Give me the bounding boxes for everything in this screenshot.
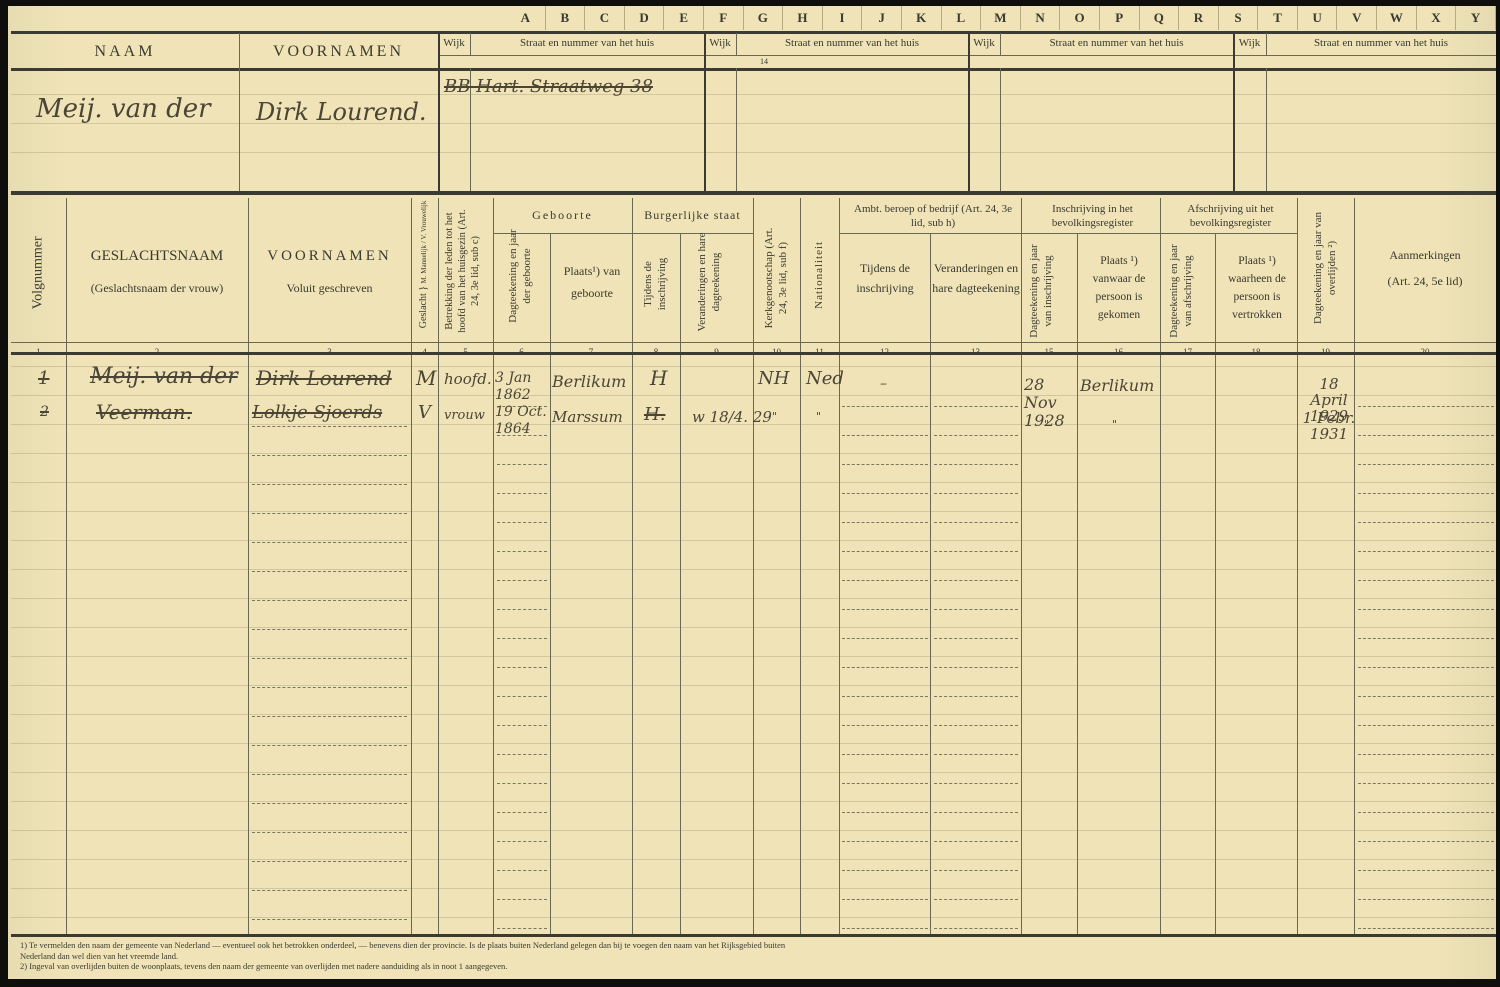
alphabet-tab-y: Y xyxy=(1456,6,1496,30)
row2-inschrijving-datum: " xyxy=(1044,418,1049,431)
afschrijving-plaats-header: Plaats ¹) waarheen de persoon is vertrok… xyxy=(1218,252,1296,324)
row2-betrekking: vrouw xyxy=(444,408,485,423)
alphabet-tab-d: D xyxy=(625,6,665,30)
voornamen-table-header: VOORNAMEN xyxy=(248,247,411,267)
alphabet-tab-b: B xyxy=(546,6,586,30)
alphabet-tab-g: G xyxy=(744,6,784,30)
colnum-18: 18 xyxy=(1215,347,1297,357)
colnum-4: 4 xyxy=(411,347,438,357)
geslachtsnaam-header: GESLACHTSNAAM xyxy=(66,247,248,267)
row2-geslacht: V xyxy=(418,402,431,423)
row1-inschrijving-datum: 28 Nov 1928 xyxy=(1024,376,1080,430)
alphabet-tab-k: K xyxy=(902,6,942,30)
alphabet-tab-m: M xyxy=(981,6,1021,30)
colnum-11: 11 xyxy=(800,347,839,357)
burgerlijke-veranderingen-header: Veranderingen en hare dagteekening xyxy=(696,232,736,332)
colnum-8: 8 xyxy=(632,347,680,357)
colnum-15: 15 xyxy=(1021,347,1077,357)
top-naam-entry: Meij. van der xyxy=(36,94,211,124)
row1-volgnummer: 1 xyxy=(38,368,49,389)
row1-kerkgenootschap: NH xyxy=(758,368,789,389)
row2-kerkgenootschap: " xyxy=(772,410,777,423)
alphabet-tab-i: I xyxy=(823,6,863,30)
row1-burgerlijke-staat: H xyxy=(650,366,667,390)
row2-nationaliteit: " xyxy=(816,410,821,423)
burgerlijke-tijdens-header: Tijdens de inschrijving xyxy=(642,234,670,334)
colnum-2: 2 xyxy=(66,347,248,357)
inschrijving-plaats-header: Plaats ¹) vanwaar de persoon is gekomen xyxy=(1080,252,1158,324)
alphabet-tab-l: L xyxy=(942,6,982,30)
ambt-group-header: Ambt. beroep of bedrijf (Art. 24, 3e lid… xyxy=(853,202,1013,231)
row2-geboorte-plaats: Marssum xyxy=(552,408,623,426)
straat-header-4: Straat en nummer van het huis xyxy=(1266,36,1496,50)
alphabet-tab-a: A xyxy=(506,6,546,30)
geboorte-datum-header: Dagteekening en jaar der geboorte xyxy=(507,224,535,328)
colnum-5: 5 xyxy=(438,347,493,357)
wijk-header-2: Wijk xyxy=(704,36,736,50)
inschrijving-datum-header: Dagteekening en jaar van inschrijving xyxy=(1028,241,1068,341)
colnum-10: 10 xyxy=(753,347,800,357)
wijk-header-4: Wijk xyxy=(1233,36,1266,50)
row2-overlijden: 1 Febr. 1931 xyxy=(1300,410,1358,442)
small-number: 14 xyxy=(760,57,768,66)
colnum-1: 1 xyxy=(11,347,66,357)
top-voornamen-entry: Dirk Lourend. xyxy=(256,98,427,126)
row1-geboorte-plaats: Berlikum xyxy=(552,372,626,391)
colnum-17: 17 xyxy=(1160,347,1215,357)
alphabet-tab-f: F xyxy=(704,6,744,30)
row1-beroep: – xyxy=(880,376,887,392)
row2-burgerlijke-staat: H. xyxy=(644,404,665,425)
afschrijving-datum-header: Dagteekening en jaar van afschrijving xyxy=(1168,241,1208,341)
kerkgenootschap-header: Kerkgenootschap (Art. 24, 3e lid, sub f) xyxy=(763,223,791,333)
footnote-1: 1) Te vermelden den naam der gemeente va… xyxy=(20,940,800,961)
overlijden-header: Dagteekening en jaar van overlijden ²) xyxy=(1312,208,1340,328)
afschrijving-group-header: Afschrijving uit het bevolkingsregister xyxy=(1168,202,1293,231)
ambt-tijdens-header: Tijdens de inschrijving xyxy=(844,258,926,298)
row1-geslacht: M xyxy=(416,366,436,390)
geboorte-plaats-header: Plaats¹) van geboorte xyxy=(556,260,628,304)
alphabet-tab-e: E xyxy=(664,6,704,30)
alphabet-tab-n: N xyxy=(1021,6,1061,30)
alphabet-tab-c: C xyxy=(585,6,625,30)
registration-card: ABCDEFGHIJKLMNOPQRSTUVWXYZ NAAM VOORNAME… xyxy=(8,6,1496,979)
top-address-entry: BB Hart. Straatweg 38 xyxy=(444,76,653,97)
volgnummer-header: Volgnummer xyxy=(29,223,47,323)
naam-header: NAAM xyxy=(11,42,239,63)
row1-nationaliteit: Ned xyxy=(806,368,844,389)
colnum-6: 6 xyxy=(493,347,550,357)
footnote-2: 2) Ingeval van overlijden buiten de woon… xyxy=(20,961,800,972)
colnum-12: 12 xyxy=(839,347,930,357)
burgerlijke-staat-group-header: Burgerlijke staat xyxy=(632,208,753,224)
ambt-veranderingen-header: Veranderingen en hare dagteekening xyxy=(932,258,1020,298)
row2-burgerlijke-veranderingen: w 18/4. 29 xyxy=(692,408,772,426)
wijk-header-1: Wijk xyxy=(438,36,470,50)
alphabet-index-tabs: ABCDEFGHIJKLMNOPQRSTUVWXYZ xyxy=(506,6,1500,30)
colnum-16: 16 xyxy=(1077,347,1160,357)
aanmerkingen-subheader: (Art. 24, 5e lid) xyxy=(1354,274,1496,290)
row1-geboorte-datum: 3 Jan 1862 xyxy=(495,370,547,404)
alphabet-tab-p: P xyxy=(1100,6,1140,30)
colnum-13: 13 xyxy=(930,347,1021,357)
row1-voornamen: Dirk Lourend xyxy=(256,366,392,390)
nationaliteit-header: Nationaliteit xyxy=(813,225,827,325)
alphabet-tab-h: H xyxy=(783,6,823,30)
colnum-9: 9 xyxy=(680,347,753,357)
row1-betrekking: hoofd. xyxy=(444,370,492,388)
row2-voornamen: Lolkje Sjoerds xyxy=(252,402,382,423)
geslacht-header: Geslacht } M. Mannelijk / V. Vrouwelijk xyxy=(418,212,431,328)
alphabet-tab-s: S xyxy=(1219,6,1259,30)
colnum-19: 19 xyxy=(1297,347,1354,357)
alphabet-tab-t: T xyxy=(1258,6,1298,30)
aanmerkingen-header: Aanmerkingen xyxy=(1354,248,1496,264)
straat-header-3: Straat en nummer van het huis xyxy=(1000,36,1233,50)
row2-volgnummer: 2 xyxy=(40,404,49,420)
voornamen-subheader: Voluit geschreven xyxy=(248,281,411,297)
alphabet-tab-j: J xyxy=(862,6,902,30)
geslachtsnaam-subheader: (Geslachtsnaam der vrouw) xyxy=(66,281,248,297)
colnum-7: 7 xyxy=(550,347,632,357)
alphabet-tab-v: V xyxy=(1337,6,1377,30)
alphabet-tab-r: R xyxy=(1179,6,1219,30)
row1-geslachtsnaam: Meij. van der xyxy=(90,364,238,389)
alphabet-tab-q: Q xyxy=(1140,6,1180,30)
straat-header-1: Straat en nummer van het huis xyxy=(470,36,704,50)
alphabet-tab-x: X xyxy=(1417,6,1457,30)
geboorte-group-header: Geboorte xyxy=(493,208,632,224)
row2-geboorte-datum: 19 Oct. 1864 xyxy=(495,404,549,438)
voornamen-header: VOORNAMEN xyxy=(239,42,438,63)
row2-inschrijving-plaats: " xyxy=(1112,418,1117,431)
betrekking-header: Betrekking der leden tot het hoofd van h… xyxy=(443,206,489,336)
alphabet-tab-z: Z xyxy=(1496,6,1500,30)
inschrijving-group-header: Inschrijving in het bevolkingsregister xyxy=(1030,202,1155,231)
alphabet-tab-o: O xyxy=(1060,6,1100,30)
colnum-20: 20 xyxy=(1354,347,1496,357)
row2-geslachtsnaam: Veerman. xyxy=(96,400,192,424)
straat-header-2: Straat en nummer van het huis xyxy=(736,36,968,50)
colnum-3: 3 xyxy=(248,347,411,357)
alphabet-tab-w: W xyxy=(1377,6,1417,30)
alphabet-tab-u: U xyxy=(1298,6,1338,30)
row1-inschrijving-plaats: Berlikum xyxy=(1080,376,1154,395)
wijk-header-3: Wijk xyxy=(968,36,1000,50)
